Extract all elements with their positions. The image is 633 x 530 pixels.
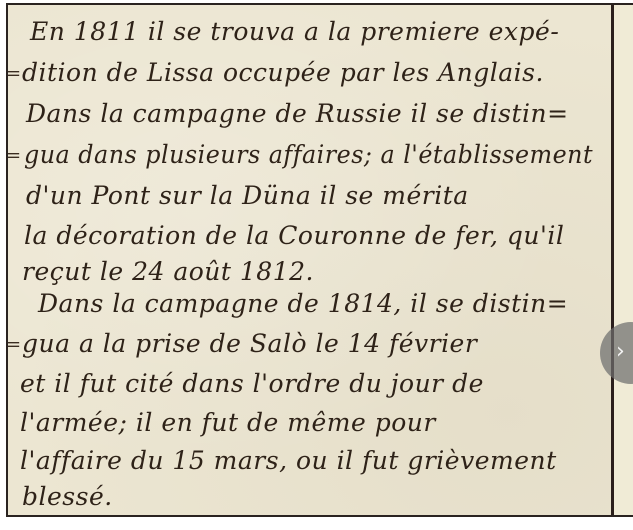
text-line: En 1811 il se trouva a la premiere expé-	[30, 17, 559, 46]
page-edge-strip	[614, 5, 633, 515]
continuation-mark: =	[6, 145, 21, 166]
image-viewer: En 1811 il se trouva a la premiere expé-…	[0, 0, 633, 530]
continuation-mark: =	[6, 334, 21, 355]
manuscript-text: En 1811 il se trouva a la premiere expé-…	[8, 5, 608, 515]
text-line: reçut le 24 août 1812.	[22, 257, 314, 286]
text-line: dition de Lissa occupée par les Anglais.	[22, 58, 544, 87]
text-line: blessé.	[22, 482, 113, 511]
text-line: d'un Pont sur la Düna il se mérita	[26, 181, 469, 210]
manuscript-page: En 1811 il se trouva a la premiere expé-…	[6, 3, 633, 517]
text-line: Dans la campagne de Russie il se distin=	[26, 99, 569, 128]
text-line: l'affaire du 15 mars, ou il fut grièveme…	[20, 446, 557, 475]
text-line: gua a la prise de Salò le 14 février	[22, 329, 477, 358]
text-line: Dans la campagne de 1814, il se distin=	[38, 289, 568, 318]
text-line: et il fut cité dans l'ordre du jour de	[20, 369, 484, 398]
chevron-right-icon: ›	[616, 340, 625, 364]
text-line: la décoration de la Couronne de fer, qu'…	[24, 221, 564, 250]
continuation-mark: =	[6, 63, 21, 84]
text-line: gua dans plusieurs affaires; a l'établis…	[24, 140, 593, 169]
text-line: l'armée; il en fut de même pour	[20, 408, 436, 437]
